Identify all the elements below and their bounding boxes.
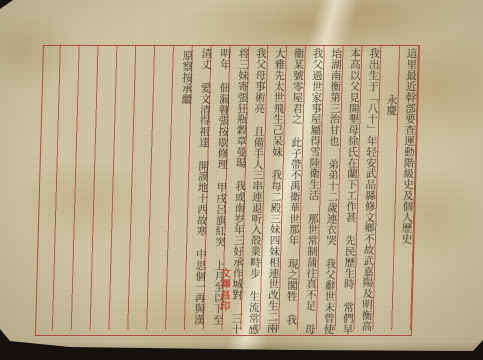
seal-stamp: 文澤昌印 [217,268,230,312]
ruled-grid: 這里最近幹部要查運動階級史及個人歷史 永慶 我出生于「八十」年轻安武品縣修文鄉不… [35,45,420,336]
text-column-13: 原察按承繼 [176,50,197,120]
manuscript-paper: 這里最近幹部要查運動階級史及個人歷史 永慶 我出生于「八十」年轻安武品縣修文鄉不… [0,0,483,360]
photo-backdrop: 這里最近幹部要查運動階級史及個人歷史 永慶 我出生于「八十」年轻安武品縣修文鄉不… [0,0,483,360]
